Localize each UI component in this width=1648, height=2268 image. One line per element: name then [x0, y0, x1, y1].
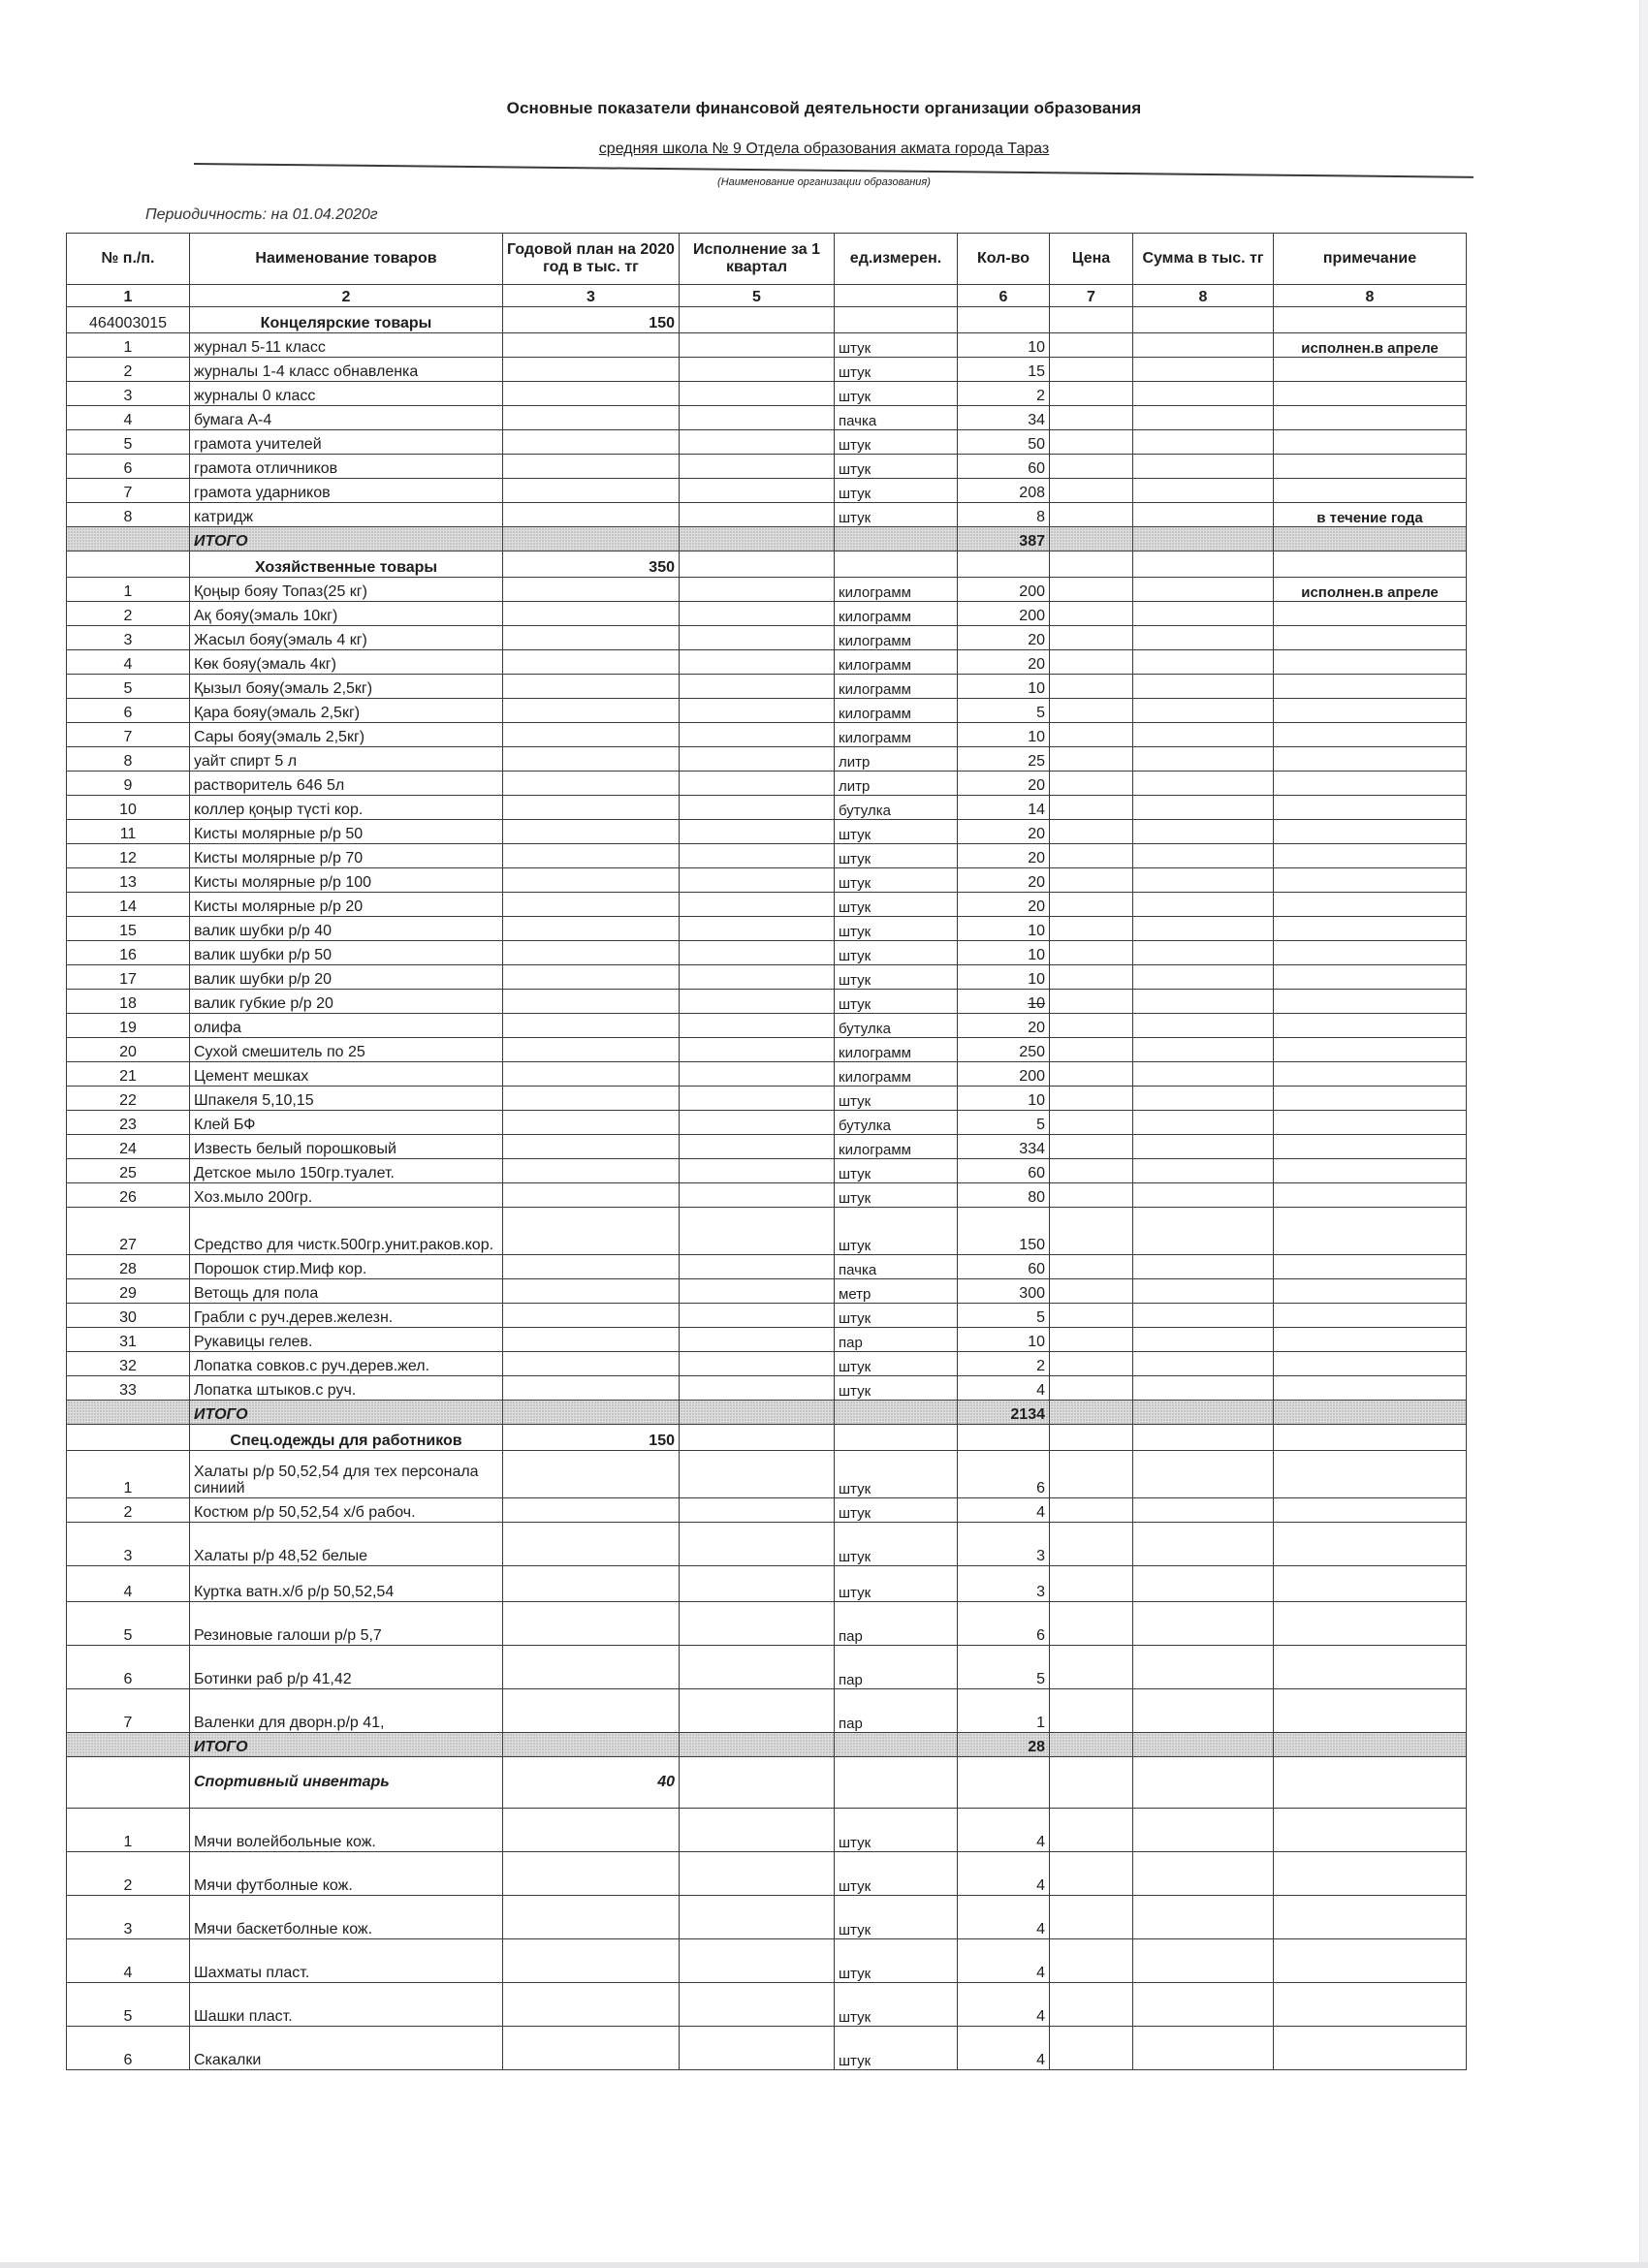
item-number: 1	[67, 333, 190, 358]
colnum-execution: 5	[680, 285, 835, 307]
item-number: 6	[67, 699, 190, 723]
item-execution	[680, 406, 835, 430]
table-row: 25Детское мыло 150гр.туалет.штук60	[67, 1159, 1467, 1183]
item-unit: штук	[835, 1087, 958, 1111]
item-note	[1274, 820, 1467, 844]
item-number: 7	[67, 723, 190, 747]
table-row: 12Кисты молярные р/р 70штук20	[67, 844, 1467, 868]
item-plan	[503, 1852, 680, 1896]
item-execution	[680, 1014, 835, 1038]
item-qty: 4	[958, 1983, 1050, 2027]
section-note-cell	[1274, 1757, 1467, 1809]
table-row: 4Көк бояу(эмаль 4кг)килограмм20	[67, 650, 1467, 675]
item-number: 2	[67, 602, 190, 626]
section-sum-cell	[1133, 1425, 1274, 1451]
item-qty: 80	[958, 1183, 1050, 1208]
header-plan: Годовой план на 2020 год в тыс. тг	[503, 234, 680, 285]
item-price	[1050, 1376, 1133, 1401]
item-sum	[1133, 1983, 1274, 2027]
item-note	[1274, 796, 1467, 820]
item-unit: килограмм	[835, 1135, 958, 1159]
item-unit: литр	[835, 772, 958, 796]
item-unit: бутулка	[835, 1111, 958, 1135]
item-number: 13	[67, 868, 190, 893]
item-plan	[503, 333, 680, 358]
item-note	[1274, 1279, 1467, 1304]
table-row: 16валик шубки р/р 50штук10	[67, 941, 1467, 965]
section-plan: 150	[503, 307, 680, 333]
item-number: 21	[67, 1062, 190, 1087]
total-sum-cell	[1133, 1401, 1274, 1425]
item-execution	[680, 358, 835, 382]
item-note	[1274, 917, 1467, 941]
total-num-cell	[67, 1401, 190, 1425]
item-number: 25	[67, 1159, 190, 1183]
item-name: журналы 0 класс	[190, 382, 503, 406]
item-unit: штук	[835, 430, 958, 455]
item-number: 2	[67, 1498, 190, 1523]
colnum-price: 7	[1050, 285, 1133, 307]
item-unit: штук	[835, 1896, 958, 1939]
item-execution	[680, 430, 835, 455]
item-plan	[503, 1279, 680, 1304]
item-note	[1274, 1376, 1467, 1401]
column-number-row: 1 2 3 5 6 7 8 8	[67, 285, 1467, 307]
item-execution	[680, 699, 835, 723]
table-row: 5Шашки пласт.штук4	[67, 1983, 1467, 2027]
financial-report-table: № п./п. Наименование товаров Годовой пла…	[66, 233, 1467, 2070]
item-price	[1050, 1135, 1133, 1159]
item-price	[1050, 382, 1133, 406]
item-name: Мячи волейбольные кож.	[190, 1809, 503, 1852]
item-name: Сухой смешитель по 25	[190, 1038, 503, 1062]
item-note	[1274, 868, 1467, 893]
total-note-cell	[1274, 1733, 1467, 1757]
section-note-cell	[1274, 307, 1467, 333]
item-qty: 334	[958, 1135, 1050, 1159]
table-row: 3Мячи баскетболные кож.штук4	[67, 1896, 1467, 1939]
item-qty: 10	[958, 917, 1050, 941]
item-name: Валенки для дворн.р/р 41,	[190, 1689, 503, 1733]
item-name: Рукавицы гелев.	[190, 1328, 503, 1352]
item-price	[1050, 1255, 1133, 1279]
item-qty: 5	[958, 1111, 1050, 1135]
header-price: Цена	[1050, 234, 1133, 285]
item-execution	[680, 578, 835, 602]
item-execution	[680, 675, 835, 699]
item-execution	[680, 1183, 835, 1208]
total-price-cell	[1050, 527, 1133, 551]
item-name: валик губкие р/р 20	[190, 990, 503, 1014]
item-qty: 4	[958, 1939, 1050, 1983]
section-qty-cell	[958, 307, 1050, 333]
total-label: ИТОГО	[190, 1401, 503, 1425]
item-sum	[1133, 1255, 1274, 1279]
item-note	[1274, 1852, 1467, 1896]
table-row: 26Хоз.мыло 200гр.штук80	[67, 1183, 1467, 1208]
item-plan	[503, 990, 680, 1014]
item-number: 1	[67, 1809, 190, 1852]
item-note	[1274, 1087, 1467, 1111]
section-unit-cell	[835, 1425, 958, 1451]
item-unit: пар	[835, 1646, 958, 1689]
item-name: Жасыл бояу(эмаль 4 кг)	[190, 626, 503, 650]
item-number: 3	[67, 1523, 190, 1566]
item-name: Мячи баскетболные кож.	[190, 1896, 503, 1939]
table-row: 9растворитель 646 5ллитр20	[67, 772, 1467, 796]
item-price	[1050, 1646, 1133, 1689]
item-note	[1274, 1328, 1467, 1352]
item-plan	[503, 1498, 680, 1523]
total-plan-cell	[503, 1733, 680, 1757]
table-row: 27Средство для чистк.500гр.унит.раков.ко…	[67, 1208, 1467, 1255]
item-sum	[1133, 1038, 1274, 1062]
item-unit: штук	[835, 1304, 958, 1328]
item-number: 20	[67, 1038, 190, 1062]
item-qty: 10	[958, 1087, 1050, 1111]
item-number: 17	[67, 965, 190, 990]
item-number: 5	[67, 1983, 190, 2027]
item-execution	[680, 917, 835, 941]
item-note	[1274, 1896, 1467, 1939]
table-row: 10коллер қоңыр түсті кор.бутулка14	[67, 796, 1467, 820]
organization-caption: (Наименование организации образования)	[0, 176, 1648, 188]
item-name: Халаты р/р 50,52,54 для тех персонала си…	[190, 1451, 503, 1498]
item-price	[1050, 868, 1133, 893]
table-row: 32Лопатка совков.с руч.дерев.жел.штук2	[67, 1352, 1467, 1376]
page-edge	[1639, 0, 1648, 2268]
item-execution	[680, 1038, 835, 1062]
item-qty: 20	[958, 650, 1050, 675]
item-note	[1274, 1062, 1467, 1087]
item-number: 7	[67, 1689, 190, 1733]
handwritten-strike-line	[1030, 1086, 1141, 1087]
item-unit: килограмм	[835, 626, 958, 650]
item-note	[1274, 1135, 1467, 1159]
item-number: 7	[67, 479, 190, 503]
table-row: 2журналы 1-4 класс обнавленкаштук15	[67, 358, 1467, 382]
item-note: в течение года	[1274, 503, 1467, 527]
item-name: Лопатка совков.с руч.дерев.жел.	[190, 1352, 503, 1376]
item-execution	[680, 1352, 835, 1376]
item-price	[1050, 1352, 1133, 1376]
section-qty-cell	[958, 1757, 1050, 1809]
item-execution	[680, 893, 835, 917]
total-unit-cell	[835, 1401, 958, 1425]
item-note	[1274, 1809, 1467, 1852]
item-name: грамота ударников	[190, 479, 503, 503]
table-row: 31Рукавицы гелев.пар10	[67, 1328, 1467, 1352]
item-qty: 10	[958, 941, 1050, 965]
item-sum	[1133, 990, 1274, 1014]
total-num-cell	[67, 527, 190, 551]
item-execution	[680, 503, 835, 527]
item-number: 27	[67, 1208, 190, 1255]
table-row: 4Куртка ватн.х/б р/р 50,52,54штук3	[67, 1566, 1467, 1602]
table-row: 6Скакалкиштук4	[67, 2027, 1467, 2070]
total-label: ИТОГО	[190, 1733, 503, 1757]
item-name: Көк бояу(эмаль 4кг)	[190, 650, 503, 675]
item-note	[1274, 455, 1467, 479]
section-note-cell	[1274, 1425, 1467, 1451]
item-execution	[680, 1896, 835, 1939]
item-qty: 2	[958, 382, 1050, 406]
item-qty: 10	[958, 965, 1050, 990]
item-plan	[503, 1062, 680, 1087]
item-plan	[503, 626, 680, 650]
section-plan: 350	[503, 551, 680, 578]
table-row: 29Ветощь для поламетр300	[67, 1279, 1467, 1304]
item-note	[1274, 1523, 1467, 1566]
item-price	[1050, 1451, 1133, 1498]
section-row: Спец.одежды для работников150	[67, 1425, 1467, 1451]
item-number: 5	[67, 675, 190, 699]
item-name: Шахматы пласт.	[190, 1939, 503, 1983]
item-sum	[1133, 747, 1274, 772]
item-execution	[680, 1809, 835, 1852]
item-sum	[1133, 1566, 1274, 1602]
item-name: Лопатка штыков.с руч.	[190, 1376, 503, 1401]
table-row: 7Валенки для дворн.р/р 41,пар1	[67, 1689, 1467, 1733]
item-execution	[680, 602, 835, 626]
item-qty: 20	[958, 820, 1050, 844]
document-title: Основные показатели финансовой деятельно…	[0, 99, 1648, 118]
table-row: 24Известь белый порошковыйкилограмм334	[67, 1135, 1467, 1159]
item-price	[1050, 965, 1133, 990]
item-note	[1274, 406, 1467, 430]
total-row: ИТОГО28	[67, 1733, 1467, 1757]
item-note	[1274, 1602, 1467, 1646]
item-unit: штук	[835, 455, 958, 479]
item-sum	[1133, 796, 1274, 820]
item-name: Кисты молярные р/р 100	[190, 868, 503, 893]
item-qty: 4	[958, 1852, 1050, 1896]
item-execution	[680, 1852, 835, 1896]
item-note	[1274, 650, 1467, 675]
item-number: 24	[67, 1135, 190, 1159]
table-row: 3Халаты р/р 48,52 белыештук3	[67, 1523, 1467, 1566]
item-qty: 20	[958, 626, 1050, 650]
item-plan	[503, 941, 680, 965]
item-name: Грабли с руч.дерев.железн.	[190, 1304, 503, 1328]
table-row: 4бумага А-4пачка34	[67, 406, 1467, 430]
item-qty: 25	[958, 747, 1050, 772]
item-sum	[1133, 1159, 1274, 1183]
section-row: 464003015Концелярские товары150	[67, 307, 1467, 333]
item-qty: 5	[958, 1304, 1050, 1328]
item-sum	[1133, 1896, 1274, 1939]
item-qty: 10	[958, 675, 1050, 699]
table-row: 6грамота отличниковштук60	[67, 455, 1467, 479]
item-note	[1274, 772, 1467, 796]
section-execution-cell	[680, 307, 835, 333]
item-note	[1274, 1159, 1467, 1183]
item-unit: штук	[835, 1352, 958, 1376]
table-row: 1Халаты р/р 50,52,54 для тех персонала с…	[67, 1451, 1467, 1498]
item-qty: 60	[958, 455, 1050, 479]
item-qty: 150	[958, 1208, 1050, 1255]
item-unit: штук	[835, 917, 958, 941]
item-plan	[503, 844, 680, 868]
item-qty: 4	[958, 1498, 1050, 1523]
item-sum	[1133, 1087, 1274, 1111]
periodicity: Периодичность: на 01.04.2020г	[145, 206, 378, 224]
total-price-cell	[1050, 1401, 1133, 1425]
item-name: Цемент мешках	[190, 1062, 503, 1087]
item-unit: штук	[835, 844, 958, 868]
section-note-cell	[1274, 551, 1467, 578]
section-plan: 40	[503, 1757, 680, 1809]
item-name: Резиновые галоши р/р 5,7	[190, 1602, 503, 1646]
item-name: Клей БФ	[190, 1111, 503, 1135]
item-qty: 14	[958, 796, 1050, 820]
item-qty: 20	[958, 1014, 1050, 1038]
item-price	[1050, 893, 1133, 917]
section-unit-cell	[835, 1757, 958, 1809]
item-name: Известь белый порошковый	[190, 1135, 503, 1159]
item-plan	[503, 1566, 680, 1602]
item-note	[1274, 602, 1467, 626]
item-qty: 5	[958, 699, 1050, 723]
item-qty: 6	[958, 1602, 1050, 1646]
item-execution	[680, 844, 835, 868]
item-number: 11	[67, 820, 190, 844]
item-unit: литр	[835, 747, 958, 772]
item-unit: пар	[835, 1602, 958, 1646]
item-qty: 200	[958, 1062, 1050, 1087]
item-price	[1050, 796, 1133, 820]
table-row: 3Жасыл бояу(эмаль 4 кг)килограмм20	[67, 626, 1467, 650]
item-qty: 20	[958, 893, 1050, 917]
item-name: валик шубки р/р 50	[190, 941, 503, 965]
item-name: коллер қоңыр түсті кор.	[190, 796, 503, 820]
item-execution	[680, 1087, 835, 1111]
item-price	[1050, 1111, 1133, 1135]
item-execution	[680, 479, 835, 503]
item-plan	[503, 723, 680, 747]
colnum-num: 1	[67, 285, 190, 307]
item-unit: штук	[835, 1183, 958, 1208]
total-sum-cell	[1133, 527, 1274, 551]
item-qty: 2	[958, 1352, 1050, 1376]
item-number: 5	[67, 430, 190, 455]
section-row: Спортивный инвентарь40	[67, 1757, 1467, 1809]
item-number: 3	[67, 626, 190, 650]
item-execution	[680, 626, 835, 650]
item-price	[1050, 844, 1133, 868]
item-execution	[680, 1498, 835, 1523]
item-name: Қоңыр бояу Топаз(25 кг)	[190, 578, 503, 602]
item-note	[1274, 1646, 1467, 1689]
item-note	[1274, 844, 1467, 868]
item-sum	[1133, 1939, 1274, 1983]
total-note-cell	[1274, 1401, 1467, 1425]
item-sum	[1133, 1646, 1274, 1689]
item-execution	[680, 990, 835, 1014]
item-unit: штук	[835, 941, 958, 965]
item-qty: 4	[958, 1809, 1050, 1852]
total-note-cell	[1274, 527, 1467, 551]
item-qty: 5	[958, 1646, 1050, 1689]
item-note	[1274, 941, 1467, 965]
item-number: 26	[67, 1183, 190, 1208]
item-name: Қызыл бояу(эмаль 2,5кг)	[190, 675, 503, 699]
header-note: примечание	[1274, 234, 1467, 285]
item-execution	[680, 1062, 835, 1087]
item-unit: штук	[835, 1498, 958, 1523]
section-unit-cell	[835, 307, 958, 333]
section-execution-cell	[680, 1425, 835, 1451]
item-number: 9	[67, 772, 190, 796]
table-row: 6Қара бояу(эмаль 2,5кг)килограмм5	[67, 699, 1467, 723]
item-unit: килограмм	[835, 1062, 958, 1087]
item-execution	[680, 820, 835, 844]
total-plan-cell	[503, 1401, 680, 1425]
report-body: 464003015Концелярские товары1501журнал 5…	[67, 307, 1467, 2070]
item-qty: 60	[958, 1255, 1050, 1279]
table-row: 5грамота учителейштук50	[67, 430, 1467, 455]
item-qty: 20	[958, 868, 1050, 893]
item-qty: 250	[958, 1038, 1050, 1062]
item-unit: пар	[835, 1689, 958, 1733]
item-sum	[1133, 1135, 1274, 1159]
item-price	[1050, 1852, 1133, 1896]
item-plan	[503, 455, 680, 479]
table-row: 28Порошок стир.Миф кор.пачка60	[67, 1255, 1467, 1279]
item-price	[1050, 747, 1133, 772]
section-price-cell	[1050, 1425, 1133, 1451]
table-row: 20Сухой смешитель по 25килограмм250	[67, 1038, 1467, 1062]
item-execution	[680, 1689, 835, 1733]
item-note: исполнен.в апреле	[1274, 578, 1467, 602]
item-unit: штук	[835, 1939, 958, 1983]
section-sum-cell	[1133, 551, 1274, 578]
table-row: 18валик губкие р/р 20штук10	[67, 990, 1467, 1014]
item-name: Кисты молярные р/р 50	[190, 820, 503, 844]
item-execution	[680, 941, 835, 965]
colnum-qty: 6	[958, 285, 1050, 307]
item-unit: бутулка	[835, 1014, 958, 1038]
total-unit-cell	[835, 527, 958, 551]
section-price-cell	[1050, 1757, 1133, 1809]
item-qty: 8	[958, 503, 1050, 527]
item-execution	[680, 796, 835, 820]
item-name: олифа	[190, 1014, 503, 1038]
item-unit: штук	[835, 1159, 958, 1183]
item-note	[1274, 358, 1467, 382]
section-price-cell	[1050, 307, 1133, 333]
item-number: 6	[67, 1646, 190, 1689]
item-plan	[503, 479, 680, 503]
item-price	[1050, 1159, 1133, 1183]
item-note	[1274, 430, 1467, 455]
item-plan	[503, 1111, 680, 1135]
item-sum	[1133, 626, 1274, 650]
item-qty: 34	[958, 406, 1050, 430]
item-sum	[1133, 1689, 1274, 1733]
item-execution	[680, 868, 835, 893]
item-execution	[680, 1328, 835, 1352]
item-price	[1050, 2027, 1133, 2070]
item-note	[1274, 1208, 1467, 1255]
item-unit: килограмм	[835, 578, 958, 602]
item-execution	[680, 747, 835, 772]
item-price	[1050, 1498, 1133, 1523]
table-row: 15валик шубки р/р 40штук10	[67, 917, 1467, 941]
item-qty: 4	[958, 2027, 1050, 2070]
item-unit: штук	[835, 1983, 958, 2027]
item-execution	[680, 1159, 835, 1183]
